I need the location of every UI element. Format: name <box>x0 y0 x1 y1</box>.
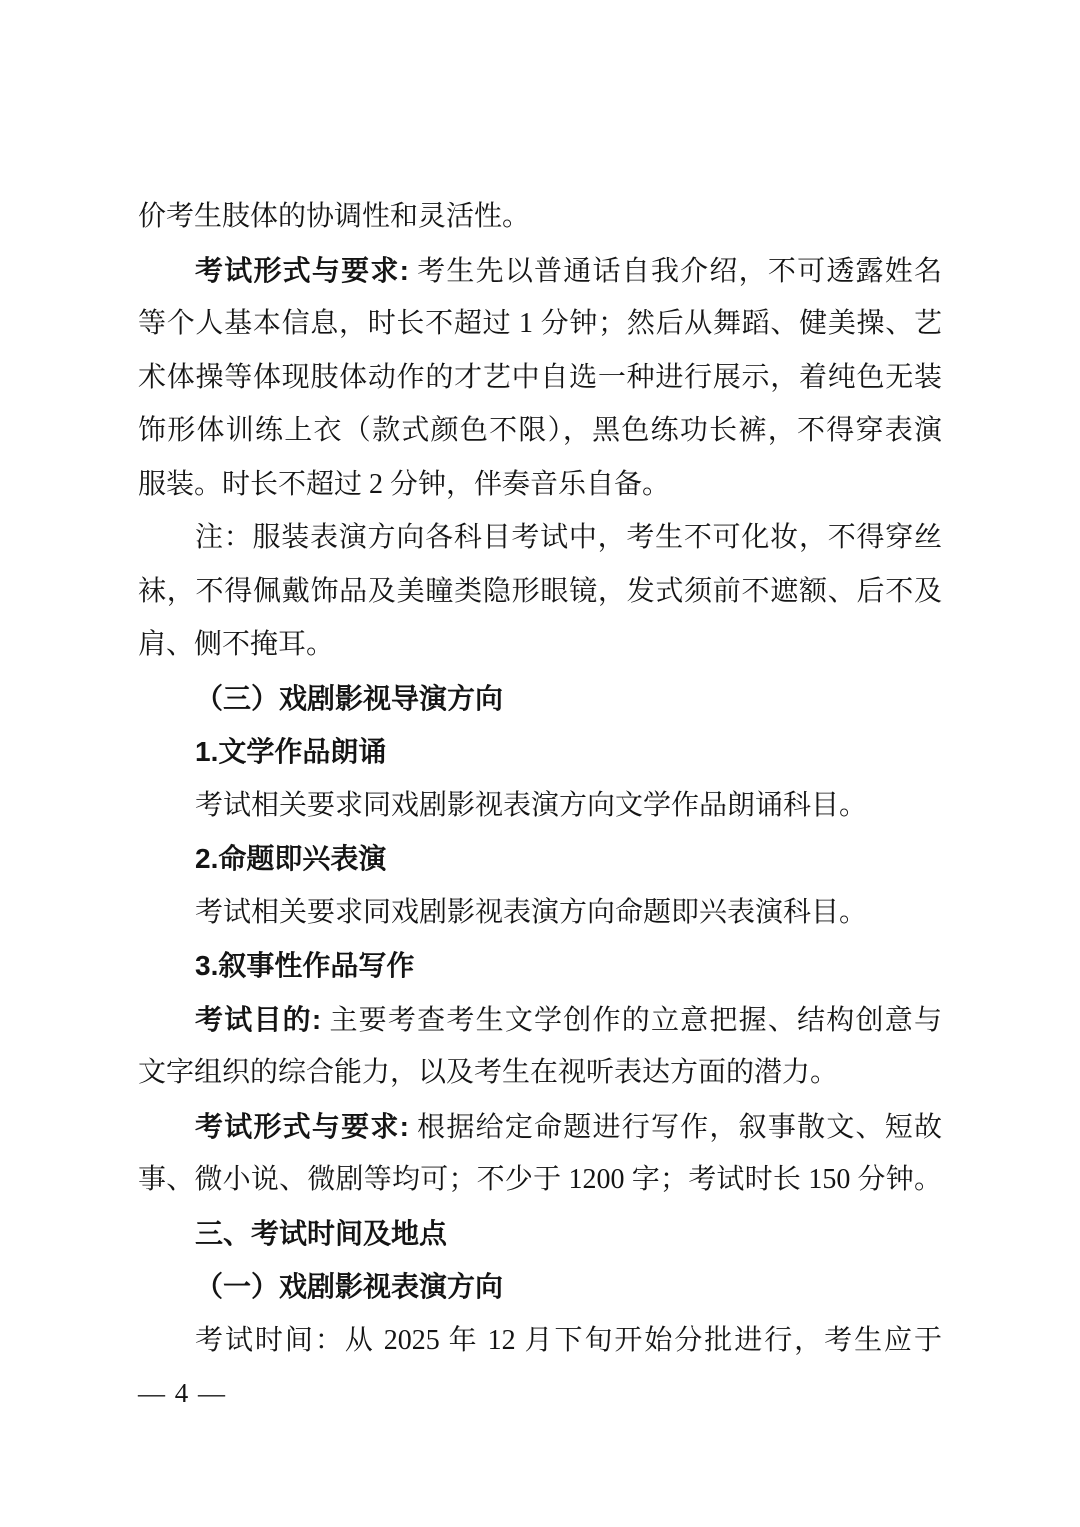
text-line: 考试形式与要求: 根据给定命题进行写作，叙事散文、短故 <box>138 1100 942 1154</box>
text-line: 考试时间：从 2025 年 12 月下旬开始分批进行，考生应于 <box>138 1314 942 1368</box>
body-text: 服装。时长不超过 2 分钟，伴奏音乐自备。 <box>138 469 670 500</box>
bold-heading-text: 2.命题即兴表演 <box>195 843 386 874</box>
bold-heading-text: 考试形式与要求: <box>195 255 409 286</box>
body-text: 价考生肢体的协调性和灵活性。 <box>138 201 530 232</box>
text-line: 价考生肢体的协调性和灵活性。 <box>138 190 942 244</box>
body-text: 等个人基本信息，时长不超过 1 分钟；然后从舞蹈、健美操、艺 <box>138 308 942 339</box>
bold-heading-text: 三、考试时间及地点 <box>195 1218 447 1249</box>
text-line: 等个人基本信息，时长不超过 1 分钟；然后从舞蹈、健美操、艺 <box>138 297 942 351</box>
text-line: 1.文学作品朗诵 <box>138 725 942 779</box>
text-line: 饰形体训练上衣（款式颜色不限），黑色练功长裤，不得穿表演 <box>138 404 942 458</box>
body-text: 根据给定命题进行写作，叙事散文、短故 <box>409 1112 942 1143</box>
bold-heading-text: （一）戏剧影视表演方向 <box>195 1271 503 1302</box>
page-number: — 4 — <box>138 1377 227 1409</box>
text-line: 考试目的: 主要考查考生文学创作的立意把握、结构创意与 <box>138 993 942 1047</box>
body-text: 考试时间：从 2025 年 12 月下旬开始分批进行，考生应于 <box>195 1325 942 1356</box>
body-text: 考试相关要求同戏剧影视表演方向文学作品朗诵科目。 <box>195 790 867 821</box>
body-text: 术体操等体现肢体动作的才艺中自选一种进行展示，着纯色无装 <box>138 362 942 393</box>
text-line: （一）戏剧影视表演方向 <box>138 1260 942 1314</box>
body-text: 饰形体训练上衣（款式颜色不限），黑色练功长裤，不得穿表演 <box>138 415 942 446</box>
body-text: 袜，不得佩戴饰品及美瞳类隐形眼镜，发式须前不遮额、后不及 <box>138 576 942 607</box>
body-text: 事、微小说、微剧等均可；不少于 1200 字；考试时长 150 分钟。 <box>138 1164 942 1195</box>
text-line: 文字组织的综合能力，以及考生在视听表达方面的潜力。 <box>138 1046 942 1100</box>
text-line: 肩、侧不掩耳。 <box>138 618 942 672</box>
text-block: 价考生肢体的协调性和灵活性。考试形式与要求: 考生先以普通话自我介绍，不可透露姓… <box>138 190 942 1367</box>
body-text: 注：服装表演方向各科目考试中，考生不可化妆，不得穿丝 <box>195 522 942 553</box>
body-text: 肩、侧不掩耳。 <box>138 629 334 660</box>
text-line: 术体操等体现肢体动作的才艺中自选一种进行展示，着纯色无装 <box>138 351 942 405</box>
text-line: （三）戏剧影视导演方向 <box>138 672 942 726</box>
bold-heading-text: 3.叙事性作品写作 <box>195 950 414 981</box>
bold-heading-text: 考试目的: <box>195 1004 321 1035</box>
text-line: 事、微小说、微剧等均可；不少于 1200 字；考试时长 150 分钟。 <box>138 1153 942 1207</box>
body-text: 考生先以普通话自我介绍，不可透露姓名 <box>409 256 942 287</box>
body-text: 文字组织的综合能力，以及考生在视听表达方面的潜力。 <box>138 1057 838 1088</box>
bold-heading-text: 1.文学作品朗诵 <box>195 736 386 767</box>
text-line: 考试相关要求同戏剧影视表演方向文学作品朗诵科目。 <box>138 779 942 833</box>
text-line: 三、考试时间及地点 <box>138 1207 942 1261</box>
bold-heading-text: 考试形式与要求: <box>195 1111 409 1142</box>
text-line: 考试相关要求同戏剧影视表演方向命题即兴表演科目。 <box>138 886 942 940</box>
text-line: 考试形式与要求: 考生先以普通话自我介绍，不可透露姓名 <box>138 244 942 298</box>
text-line: 3.叙事性作品写作 <box>138 939 942 993</box>
text-line: 袜，不得佩戴饰品及美瞳类隐形眼镜，发式须前不遮额、后不及 <box>138 565 942 619</box>
text-line: 服装。时长不超过 2 分钟，伴奏音乐自备。 <box>138 458 942 512</box>
text-line: 2.命题即兴表演 <box>138 832 942 886</box>
body-text: 考试相关要求同戏剧影视表演方向命题即兴表演科目。 <box>195 897 867 928</box>
text-line: 注：服装表演方向各科目考试中，考生不可化妆，不得穿丝 <box>138 511 942 565</box>
bold-heading-text: （三）戏剧影视导演方向 <box>195 683 503 714</box>
body-text: 主要考查考生文学创作的立意把握、结构创意与 <box>321 1005 942 1036</box>
document-page: 价考生肢体的协调性和灵活性。考试形式与要求: 考生先以普通话自我介绍，不可透露姓… <box>0 0 1080 1527</box>
